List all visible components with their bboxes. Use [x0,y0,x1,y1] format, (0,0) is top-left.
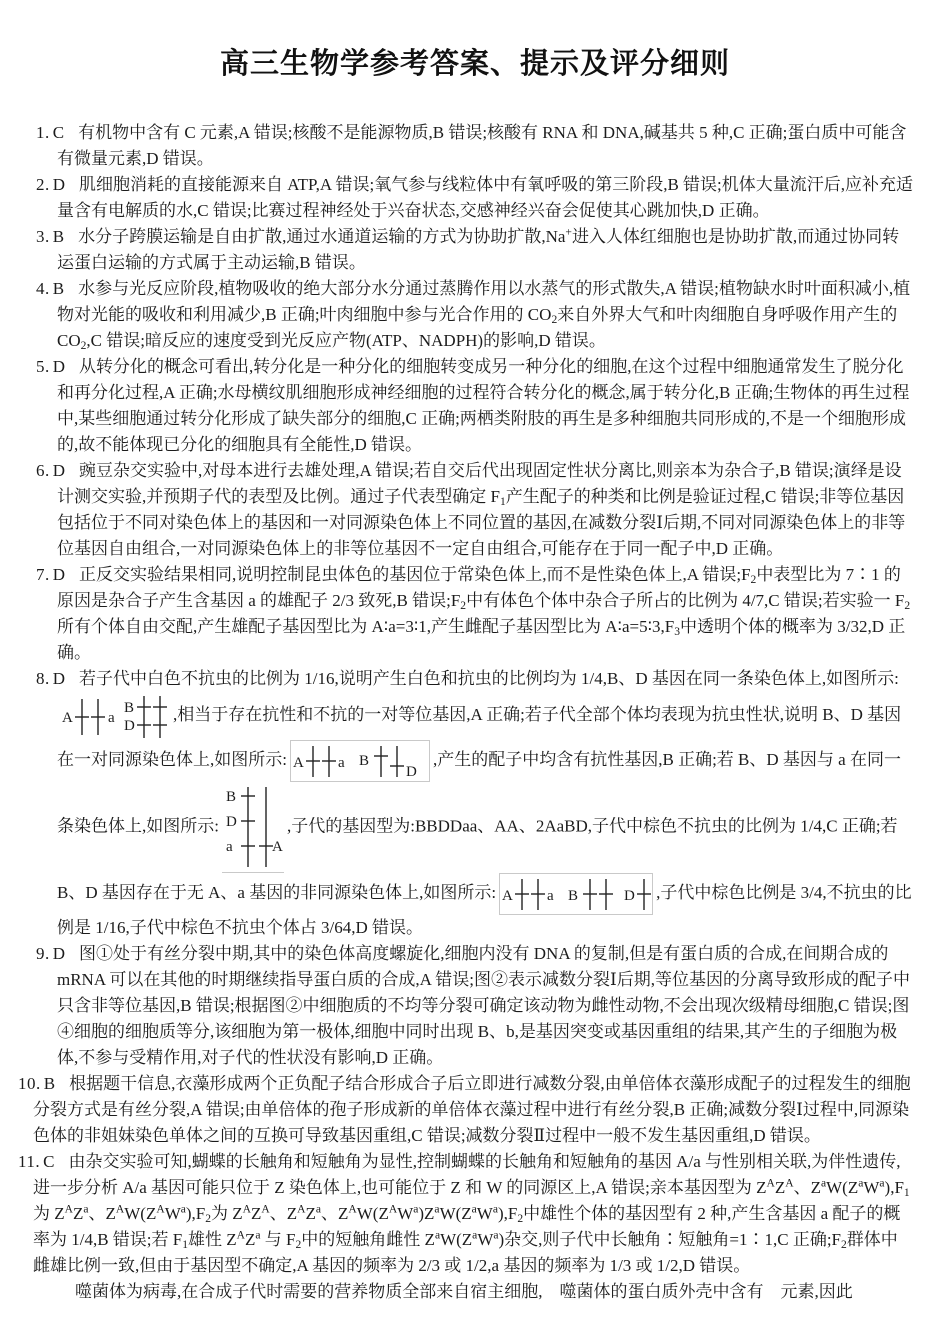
answer-letter: C [53,123,64,142]
svg-text:D: D [624,888,635,904]
svg-text:A: A [272,839,283,855]
chromosome-pair-figure: AaBD [500,874,652,914]
question-number: 10. [18,1074,41,1093]
answer-text: 图①处于有丝分裂中期,其中的染色体高度螺旋化,细胞内没有 DNA 的复制,但是有… [57,944,910,1067]
svg-text:a: a [226,839,233,855]
answer-letter: B [53,227,64,246]
chromosome-pair-figure: AaBD [60,692,170,740]
chromosome-diagram-2: AaBD [290,740,430,782]
question-number: 9. [36,944,50,963]
question-number: 1. [36,123,50,142]
chromosome-diagram-1: AaBD [60,692,170,740]
answer-text: 水分子跨膜运输是自由扩散,通过水通道运输的方式为协助扩散,Na+进入人体红细胞也… [57,227,899,272]
svg-text:B: B [124,700,134,716]
page-title: 高三生物学参考答案、提示及评分细则 [36,50,914,76]
svg-text:a: a [108,710,115,726]
svg-text:D: D [124,718,135,734]
answer-item-1: 1.C有机物中含有 C 元素,A 错误;核酸不是能源物质,B 错误;核酸有 RN… [57,120,914,172]
svg-text:D: D [406,764,417,780]
answer-text: 肌细胞消耗的直接能源来自 ATP,A 错误;氧气参与线粒体中有氧呼吸的第三阶段,… [57,175,913,220]
svg-text:A: A [293,755,304,771]
answer-item-8: 8.D若子代中白色不抗虫的比例为 1/16,说明产生白色和抗虫的比例均为 1/4… [57,666,914,941]
answer-text: 根据题干信息,衣藻形成两个正负配子结合形成合子后立即进行减数分裂,由单倍体衣藻形… [33,1074,911,1145]
answer-letter: D [53,175,65,194]
question-number: 4. [36,279,50,298]
answer-letter: B [53,279,64,298]
svg-text:B: B [226,789,236,805]
answer-item-10: 10.B根据题干信息,衣藻形成两个正负配子结合形成合子后立即进行减数分裂,由单倍… [33,1071,914,1149]
answer-item-4: 4.B水参与光反应阶段,植物吸收的绝大部分水分通过蒸腾作用以水蒸气的形式散失,A… [57,276,914,354]
svg-text:a: a [547,888,554,904]
answers-section: 1.C有机物中含有 C 元素,A 错误;核酸不是能源物质,B 错误;核酸有 RN… [0,120,914,1305]
question-number: 6. [36,461,50,480]
answer-item-2: 2.D肌细胞消耗的直接能源来自 ATP,A 错误;氧气参与线粒体中有氧呼吸的第三… [57,172,914,224]
answer-item-11: 11.C由杂交实验可知,蝴蝶的长触角和短触角为显性,控制蝴蝶的长触角和短触角的基… [33,1149,914,1279]
answer-text: 由杂交实验可知,蝴蝶的长触角和短触角为显性,控制蝴蝶的长触角和短触角的基因 A/… [33,1152,910,1275]
answer-letter: D [53,357,65,376]
answer-letter: D [53,944,65,963]
chromosome-pair-figure: AaBD [291,741,429,781]
answer-text: 正反交实验结果相同,说明控制昆虫体色的基因位于常染色体上,而不是性染色体上,A … [57,565,910,662]
answer-item-7: 7.D正反交实验结果相同,说明控制昆虫体色的基因位于常染色体上,而不是性染色体上… [57,562,914,666]
answer-letter: B [44,1074,55,1093]
svg-text:B: B [568,888,578,904]
svg-text:A: A [502,888,513,904]
answer-text: 有机物中含有 C 元素,A 错误;核酸不是能源物质,B 错误;核酸有 RNA 和… [57,123,906,168]
answer-item-12-partial: 噬菌体为病毒,在合成子代时需要的营养物质全部来自宿主细胞, 噬菌体的蛋白质外壳中… [75,1279,914,1305]
chromosome-diagram-3: BDaA [222,782,284,873]
svg-text:A: A [62,710,73,726]
question-number: 5. [36,357,50,376]
question-number: 2. [36,175,50,194]
svg-text:B: B [359,753,369,769]
answer-text: 豌豆杂交实验中,对母本进行去雄处理,A 错误;若自交后代出现固定性状分离比,则亲… [57,461,905,558]
answer-letter: C [43,1152,54,1171]
answer-item-5: 5.D从转分化的概念可看出,转分化是一种分化的细胞转变成另一种分化的细胞,在这个… [57,354,914,458]
answer-item-9: 9.D图①处于有丝分裂中期,其中的染色体高度螺旋化,细胞内没有 DNA 的复制,… [57,941,914,1071]
svg-text:a: a [338,755,345,771]
answer-letter: D [53,461,65,480]
question-number: 3. [36,227,50,246]
answer-item-3: 3.B水分子跨膜运输是自由扩散,通过水通道运输的方式为协助扩散,Na+进入人体红… [57,224,914,276]
answer-letter: D [53,669,65,688]
document-page: 高三生物学参考答案、提示及评分细则 1.C有机物中含有 C 元素,A 错误;核酸… [0,0,950,1333]
question-number: 7. [36,565,50,584]
svg-text:D: D [226,814,237,830]
answer-text: 噬菌体为病毒,在合成子代时需要的营养物质全部来自宿主细胞, 噬菌体的蛋白质外壳中… [75,1282,853,1301]
answer-item-6: 6.D豌豆杂交实验中,对母本进行去雄处理,A 错误;若自交后代出现固定性状分离比… [57,458,914,562]
answer-text: 从转分化的概念可看出,转分化是一种分化的细胞转变成另一种分化的细胞,在这个过程中… [57,357,909,454]
chromosome-pair-figure: BDaA [222,782,284,872]
answer-text: 水参与光反应阶段,植物吸收的绝大部分水分通过蒸腾作用以水蒸气的形式散失,A 错误… [57,279,910,350]
answer-letter: D [53,565,65,584]
answer-text: 若子代中白色不抗虫的比例为 1/16,说明产生白色和抗虫的比例均为 1/4,B、… [79,669,899,688]
question-number: 8. [36,669,50,688]
question-number: 11. [18,1152,40,1171]
chromosome-diagram-4: AaBD [499,873,653,915]
